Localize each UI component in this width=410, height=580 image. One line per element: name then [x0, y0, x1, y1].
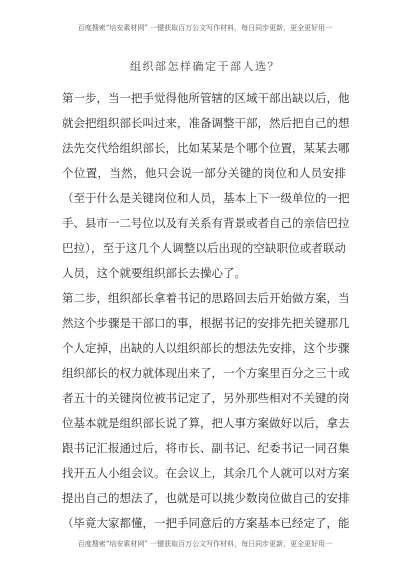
body-line: 个位置，当然，他只会说一部分关键的岗位和人员安排: [62, 161, 346, 186]
footer-banner: 百度搜索“培安素材网” 一键获取百万公文写作材料，每日同步更新，更全更好用一: [0, 539, 410, 549]
document-title: 组织部怎样确定干部人选？: [0, 58, 410, 74]
body-line: 者五十的关键岗位被书记定了，另外那些相对不关键的岗: [62, 386, 346, 411]
body-line: （毕竟大家都懂，一把手同意后的方案基本已经定了，能: [62, 511, 346, 536]
body-line: 跟书记汇报通过后，将市长、副书记、纪委书记一同召集: [62, 436, 346, 461]
body-line: （至于什么是关键岗位和人员，基本上下一级单位的一把: [62, 186, 346, 211]
body-line: 组织部长的权力就体现出来了，一个方案里百分之三十或: [62, 361, 346, 386]
header-banner: 百度搜索“培安素材网” 一键获取百万公文写作材料，每日同步更新，更全更好用一: [0, 23, 410, 33]
body-line: 提出自己的想法了，也就是可以挑少数岗位做自己的安排: [62, 486, 346, 511]
body-line: 然这个步骤是干部口的事，根据书记的安排先把关键那几: [62, 311, 346, 336]
body-line: 手、县市一二号位以及有关系有背景或者自己的亲信巴拉: [62, 211, 346, 236]
body-line: 第一步，当一把手觉得他所管辖的区域干部出缺以后，他: [62, 86, 346, 111]
body-line: 法先交代给组织部长，比如某某是个哪个位置，某某去哪: [62, 136, 346, 161]
body-line: 找开五人小组会议。在会议上，其余几个人就可以对方案: [62, 461, 346, 486]
body-line: 个人定掉，出缺的人以组织部长的想法先安排，这个步骤: [62, 336, 346, 361]
body-line: 就会把组织部长叫过来，准备调整干部，然后把自己的想: [62, 111, 346, 136]
body-line: 位基本就是组织部长说了算，把人事方案做好以后，拿去: [62, 411, 346, 436]
body-line: 第二步，组织部长拿着书记的思路回去后开始做方案，当: [62, 286, 346, 311]
body-line: 人员，这个就要组织部长去操心了。: [62, 261, 346, 286]
body-line: 巴拉），至于这几个人调整以后出现的空缺职位或者联动: [62, 236, 346, 261]
document-body: 第一步，当一把手觉得他所管辖的区域干部出缺以后，他 就会把组织部长叫过来，准备调…: [62, 86, 346, 536]
